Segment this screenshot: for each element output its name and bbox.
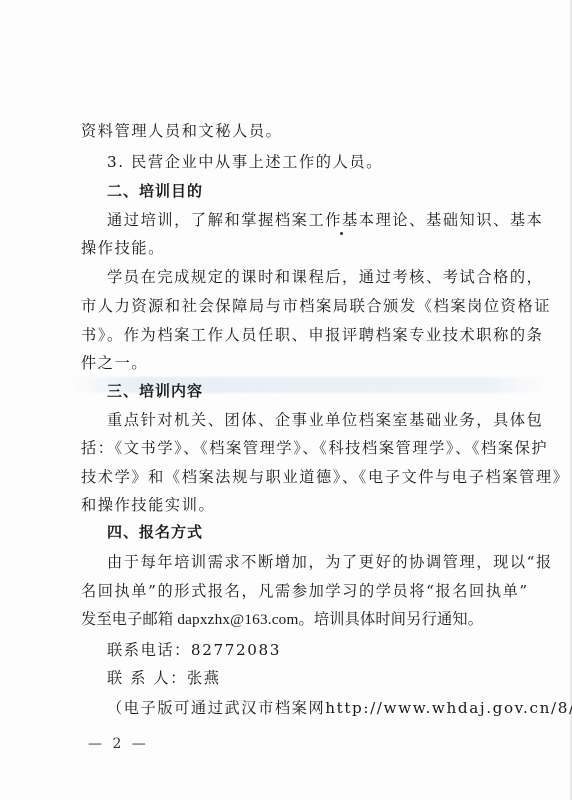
section-heading-registration: 四、报名方式 — [107, 522, 527, 542]
paragraph-line: 通过培训，了解和掌握档案工作基本理论、基础知识、基本 — [107, 210, 527, 230]
section-heading-content: 三、培训内容 — [107, 381, 527, 401]
paragraph-line: 件之一。 — [81, 353, 501, 373]
paragraph-line: 括：《文书学》、《档案管理学》、《科技档案管理学》、《档案保护 — [81, 438, 501, 458]
paragraph-line: 技术学》和《档案法规与职业道德》、《电子文件与电子档案管理》 — [81, 467, 501, 487]
paragraph-line: 和操作技能实训。 — [81, 495, 501, 515]
paragraph-line: 由于每年培训需求不断增加，为了更好的协调管理，现以“报 — [107, 552, 527, 572]
paragraph-line: 名回执单”的形式报名，凡需参加学习的学员将“报名回执单” — [81, 581, 501, 601]
paragraph-line: 书》。作为档案工作人员任职、申报评聘档案专业技术职称的条 — [81, 325, 501, 345]
email-line: 发至电子邮箱 dapxzhx@163.com。培训具体时间另行通知。 — [81, 610, 501, 630]
paragraph-line: 学员在完成规定的课时和课程后，通过考核、考试合格的， — [107, 267, 527, 287]
contact-person: 联 系 人：张燕 — [107, 668, 527, 688]
section-heading-purpose: 二、培训目的 — [107, 181, 527, 201]
list-item-3: 3. 民营企业中从事上述工作的人员。 — [107, 152, 527, 172]
website-note: （电子版可通过武汉市档案网http://www.whdaj.gov.cn/8/ — [107, 698, 527, 718]
paragraph-line: 资料管理人员和文秘人员。 — [81, 121, 501, 141]
page-number: — 2 — — [88, 736, 149, 752]
paragraph-line: 重点针对机关、团体、企事业单位档案室基础业务，具体包 — [107, 410, 527, 430]
scan-speck — [340, 232, 343, 235]
document-page: 资料管理人员和文秘人员。 3. 民营企业中从事上述工作的人员。 二、培训目的 通… — [0, 0, 572, 800]
paragraph-line: 市人力资源和社会保障局与市档案局联合颁发《档案岗位资格证 — [81, 296, 501, 316]
contact-phone: 联系电话：82772083 — [107, 640, 527, 660]
paragraph-line: 操作技能。 — [81, 238, 501, 258]
